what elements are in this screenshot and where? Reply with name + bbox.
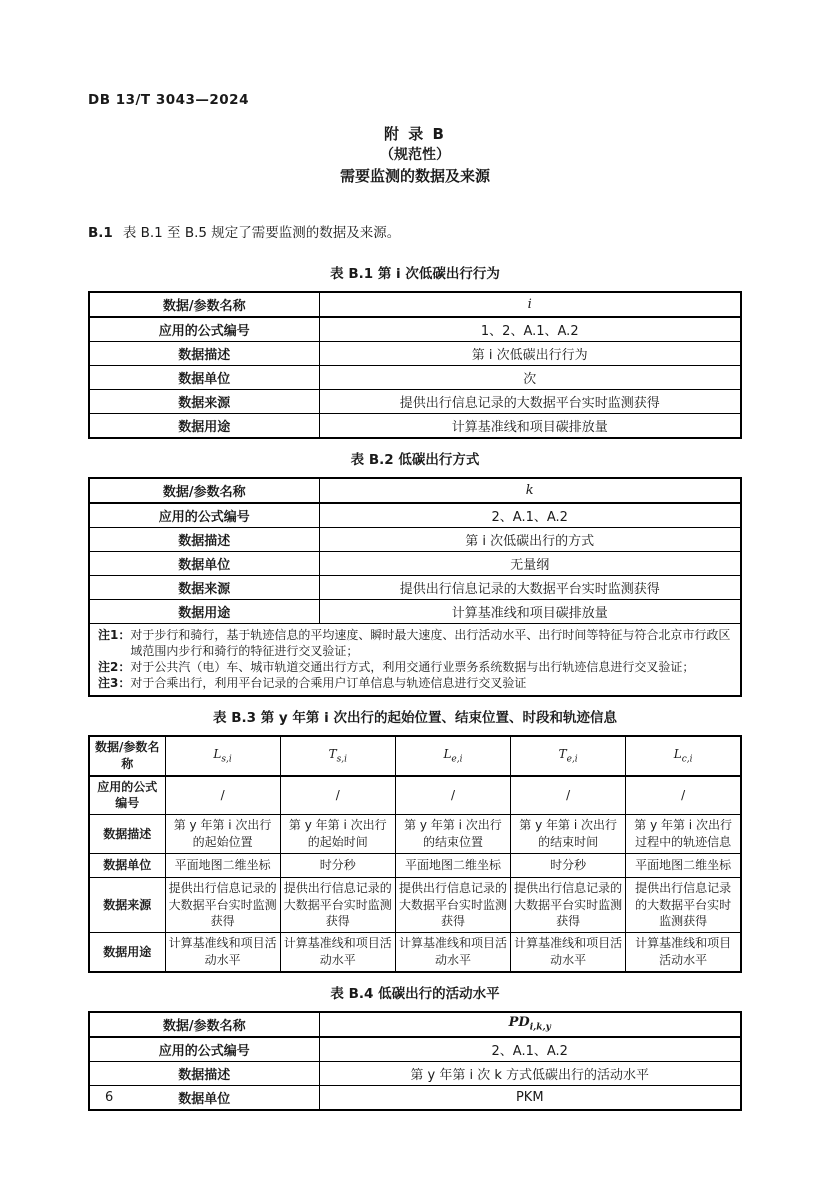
- cell: 提供出行信息记录的大数据平台实时监测获得: [511, 877, 626, 932]
- cell: 提供出行信息记录的大数据平台实时监测获得: [626, 877, 741, 932]
- note-label: 注1：: [98, 627, 130, 659]
- cell: 提供出行信息记录的大数据平台实时监测获得: [165, 877, 280, 932]
- row-value: k: [319, 478, 741, 503]
- cell: 第 y 年第 i 次出行的起始位置: [165, 815, 280, 854]
- note-label: 注2：: [98, 659, 130, 675]
- row-value: 无量纲: [319, 552, 741, 576]
- corner-label: 数据/参数名称: [89, 736, 165, 776]
- row-label: 数据来源: [89, 877, 165, 932]
- cell: /: [280, 776, 395, 815]
- param-symbol: L: [674, 747, 682, 761]
- note-3: 注3：对于合乘出行，利用平台记录的合乘用户订单信息与轨迹信息进行交叉验证: [98, 675, 734, 691]
- document-page: DB 13/T 3043—2024 附 录 B （规范性） 需要监测的数据及来源…: [0, 0, 831, 1187]
- param-subscript: c,i: [682, 754, 693, 764]
- row-value: PDi,k,y: [319, 1012, 741, 1037]
- cell: /: [395, 776, 510, 815]
- cell: 第 y 年第 i 次出行的结束时间: [511, 815, 626, 854]
- table-row: 数据单位 无量纲: [89, 552, 741, 576]
- row-label: 数据用途: [89, 933, 165, 972]
- table-row: 应用的公式编号 1、2、A.1、A.2: [89, 317, 741, 342]
- note-2: 注2：对于公共汽（电）车、城市轨道交通出行方式，利用交通行业票务系统数据与出行轨…: [98, 659, 734, 675]
- cell: 计算基准线和项目活动水平: [165, 933, 280, 972]
- param-subscript: e,i: [451, 754, 462, 764]
- row-label: 数据单位: [89, 366, 319, 390]
- table-row: 数据来源 提供出行信息记录的大数据平台实时监测获得 提供出行信息记录的大数据平台…: [89, 877, 741, 932]
- cell: 提供出行信息记录的大数据平台实时监测获得: [395, 877, 510, 932]
- page-content: DB 13/T 3043—2024 附 录 B （规范性） 需要监测的数据及来源…: [88, 92, 742, 1111]
- row-label: 应用的公式编号: [89, 776, 165, 815]
- cell: 平面地图二维坐标: [165, 853, 280, 877]
- cell: 计算基准线和项目活动水平: [626, 933, 741, 972]
- param-symbol: PD: [509, 1015, 530, 1030]
- table-row: 数据用途 计算基准线和项目碳排放量: [89, 414, 741, 439]
- row-label: 应用的公式编号: [89, 1037, 319, 1062]
- table-row: 数据描述 第 y 年第 i 次 k 方式低碳出行的活动水平: [89, 1061, 741, 1085]
- row-label: 数据来源: [89, 390, 319, 414]
- row-label: 数据来源: [89, 576, 319, 600]
- clause-number: B.1: [88, 225, 113, 241]
- cell: 计算基准线和项目活动水平: [280, 933, 395, 972]
- cell: /: [511, 776, 626, 815]
- appendix-subtitle: （规范性）: [88, 145, 742, 166]
- cell: 第 y 年第 i 次出行的起始时间: [280, 815, 395, 854]
- table-b1: 数据/参数名称 i 应用的公式编号 1、2、A.1、A.2 数据描述 第 i 次…: [88, 291, 742, 439]
- table-row: 数据来源 提供出行信息记录的大数据平台实时监测获得: [89, 390, 741, 414]
- cell: 时分秒: [280, 853, 395, 877]
- row-value: 第 y 年第 i 次 k 方式低碳出行的活动水平: [319, 1061, 741, 1085]
- row-label: 数据单位: [89, 853, 165, 877]
- row-label: 数据/参数名称: [89, 292, 319, 317]
- doc-number: DB 13/T 3043—2024: [88, 92, 742, 108]
- table-row: 应用的公式编号 2、A.1、A.2: [89, 1037, 741, 1062]
- row-label: 应用的公式编号: [89, 503, 319, 528]
- row-label: 数据描述: [89, 528, 319, 552]
- page-number: 6: [105, 1090, 113, 1105]
- cell: /: [165, 776, 280, 815]
- cell: 计算基准线和项目活动水平: [511, 933, 626, 972]
- row-label: 数据/参数名称: [89, 1012, 319, 1037]
- row-label: 数据/参数名称: [89, 478, 319, 503]
- table-row: 数据用途 计算基准线和项目活动水平 计算基准线和项目活动水平 计算基准线和项目活…: [89, 933, 741, 972]
- column-header: Lc,i: [626, 736, 741, 776]
- table-row: 数据/参数名称 PDi,k,y: [89, 1012, 741, 1037]
- note-1: 注1：对于步行和骑行，基于轨迹信息的平均速度、瞬时最大速度、出行活动水平、出行时…: [98, 627, 734, 659]
- table-row: 数据来源 提供出行信息记录的大数据平台实时监测获得: [89, 576, 741, 600]
- param-symbol: T: [329, 747, 337, 761]
- cell: /: [626, 776, 741, 815]
- row-label: 数据描述: [89, 1061, 319, 1085]
- table-row: 数据描述 第 i 次低碳出行行为: [89, 342, 741, 366]
- row-value: 2、A.1、A.2: [319, 1037, 741, 1062]
- cell: 提供出行信息记录的大数据平台实时监测获得: [280, 877, 395, 932]
- table-row: 应用的公式编号 2、A.1、A.2: [89, 503, 741, 528]
- table-row: 应用的公式编号 / / / / /: [89, 776, 741, 815]
- table-b1-caption: 表 B.1 第 i 次低碳出行行为: [88, 262, 742, 282]
- row-label: 数据单位: [89, 1085, 319, 1110]
- row-label: 数据描述: [89, 815, 165, 854]
- table-notes-row: 注1：对于步行和骑行，基于轨迹信息的平均速度、瞬时最大速度、出行活动水平、出行时…: [89, 624, 741, 697]
- row-value: 计算基准线和项目碳排放量: [319, 414, 741, 439]
- cell: 第 y 年第 i 次出行过程中的轨迹信息: [626, 815, 741, 854]
- row-value: PKM: [319, 1085, 741, 1110]
- table-row: 数据描述 第 i 次低碳出行的方式: [89, 528, 741, 552]
- table-row: 数据单位 平面地图二维坐标 时分秒 平面地图二维坐标 时分秒 平面地图二维坐标: [89, 853, 741, 877]
- cell: 平面地图二维坐标: [395, 853, 510, 877]
- table-b3-caption: 表 B.3 第 y 年第 i 次出行的起始位置、结束位置、时段和轨迹信息: [88, 706, 742, 726]
- row-label: 数据描述: [89, 342, 319, 366]
- param-symbol: i: [528, 297, 532, 312]
- row-value: 提供出行信息记录的大数据平台实时监测获得: [319, 390, 741, 414]
- table-b4-caption: 表 B.4 低碳出行的活动水平: [88, 982, 742, 1002]
- cell: 计算基准线和项目活动水平: [395, 933, 510, 972]
- param-symbol: T: [559, 747, 567, 761]
- table-row: 数据单位 PKM: [89, 1085, 741, 1110]
- row-value: i: [319, 292, 741, 317]
- table-row: 数据单位 次: [89, 366, 741, 390]
- cell: 时分秒: [511, 853, 626, 877]
- column-header: Ts,i: [280, 736, 395, 776]
- param-symbol: k: [526, 483, 534, 498]
- table-b4: 数据/参数名称 PDi,k,y 应用的公式编号 2、A.1、A.2 数据描述 第…: [88, 1011, 742, 1111]
- appendix-title: 附 录 B: [88, 124, 742, 145]
- column-header: Te,i: [511, 736, 626, 776]
- clause-text: 表 B.1 至 B.5 规定了需要监测的数据及来源。: [123, 225, 400, 241]
- row-value: 提供出行信息记录的大数据平台实时监测获得: [319, 576, 741, 600]
- row-label: 数据用途: [89, 414, 319, 439]
- row-value: 1、2、A.1、A.2: [319, 317, 741, 342]
- note-text: 对于公共汽（电）车、城市轨道交通出行方式，利用交通行业票务系统数据与出行轨迹信息…: [130, 659, 734, 675]
- appendix-title-block: 附 录 B （规范性） 需要监测的数据及来源: [88, 124, 742, 187]
- table-row: 数据/参数名称 k: [89, 478, 741, 503]
- table-row: 数据/参数名称 i: [89, 292, 741, 317]
- param-subscript: s,i: [221, 754, 231, 764]
- row-value: 第 i 次低碳出行的方式: [319, 528, 741, 552]
- note-text: 对于合乘出行，利用平台记录的合乘用户订单信息与轨迹信息进行交叉验证: [130, 675, 734, 691]
- appendix-heading: 需要监测的数据及来源: [88, 166, 742, 187]
- column-header: Le,i: [395, 736, 510, 776]
- cell: 平面地图二维坐标: [626, 853, 741, 877]
- table-row: 数据描述 第 y 年第 i 次出行的起始位置 第 y 年第 i 次出行的起始时间…: [89, 815, 741, 854]
- param-subscript: s,i: [337, 754, 347, 764]
- cell: 第 y 年第 i 次出行的结束位置: [395, 815, 510, 854]
- row-value: 2、A.1、A.2: [319, 503, 741, 528]
- row-label: 数据单位: [89, 552, 319, 576]
- table-row: 数据用途 计算基准线和项目碳排放量: [89, 600, 741, 624]
- row-label: 数据用途: [89, 600, 319, 624]
- table-header-row: 数据/参数名称 Ls,i Ts,i Le,i Te,i Lc,i: [89, 736, 741, 776]
- row-value: 计算基准线和项目碳排放量: [319, 600, 741, 624]
- column-header: Ls,i: [165, 736, 280, 776]
- table-b2: 数据/参数名称 k 应用的公式编号 2、A.1、A.2 数据描述 第 i 次低碳…: [88, 477, 742, 697]
- note-text: 对于步行和骑行，基于轨迹信息的平均速度、瞬时最大速度、出行活动水平、出行时间等特…: [130, 627, 734, 659]
- clause-b1: B.1表 B.1 至 B.5 规定了需要监测的数据及来源。: [88, 221, 742, 241]
- param-subscript: e,i: [567, 754, 578, 764]
- row-value: 次: [319, 366, 741, 390]
- row-label: 应用的公式编号: [89, 317, 319, 342]
- table-b3: 数据/参数名称 Ls,i Ts,i Le,i Te,i Lc,i 应用的公式编号…: [88, 735, 742, 973]
- note-label: 注3：: [98, 675, 130, 691]
- row-value: 第 i 次低碳出行行为: [319, 342, 741, 366]
- param-subscript: i,k,y: [530, 1023, 551, 1033]
- table-notes-cell: 注1：对于步行和骑行，基于轨迹信息的平均速度、瞬时最大速度、出行活动水平、出行时…: [89, 624, 741, 697]
- table-b2-caption: 表 B.2 低碳出行方式: [88, 448, 742, 468]
